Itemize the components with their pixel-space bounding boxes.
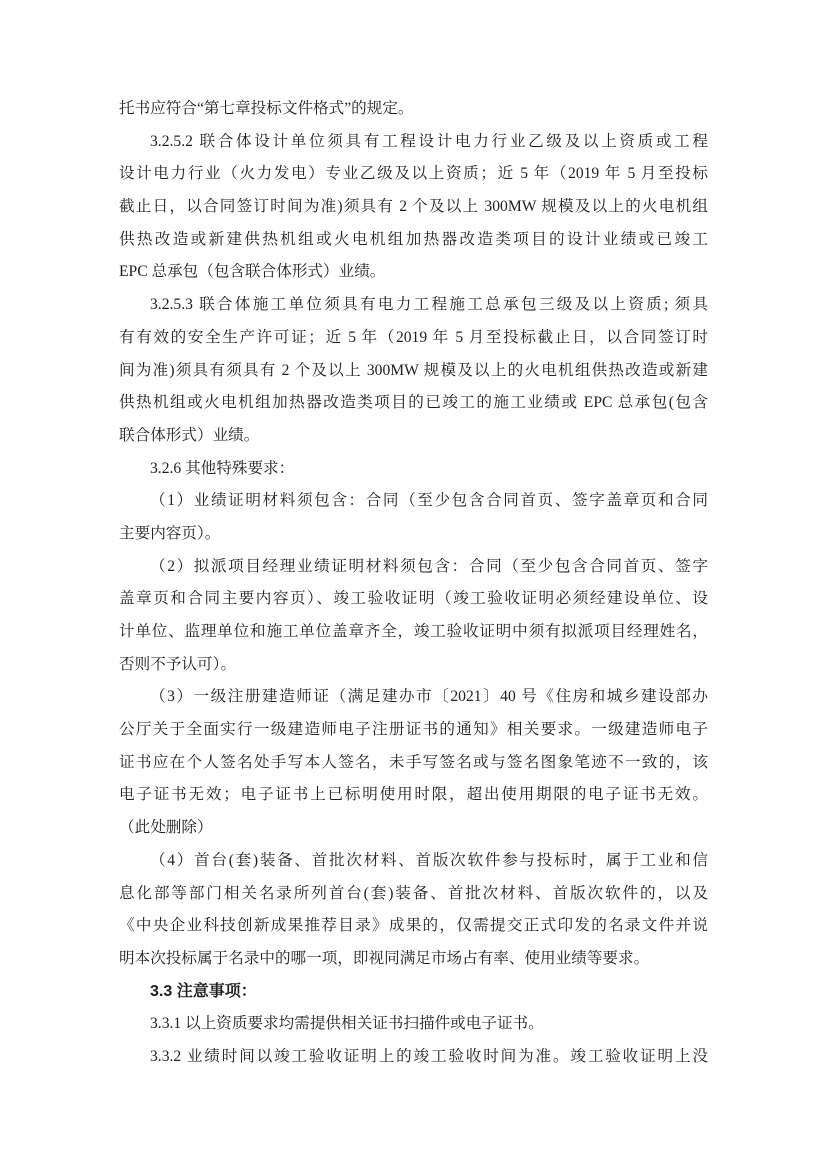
item-4-start: （4）首台(套)装备、首批次材料、首版次软件参与投标时，属于工业和信	[119, 845, 708, 878]
item-2-start: （2）拟派项目经理业绩证明材料须包含：合同（至少包含合同首页、签字	[119, 551, 708, 584]
doc-line: 主要内容页）。	[119, 518, 708, 551]
doc-line: 间为准)须具有须具有 2 个及以上 300MW 规模及以上的火电机组供热改造或新…	[119, 355, 708, 388]
doc-line: 联合体形式）业绩。	[119, 420, 708, 453]
doc-line: 托书应符合“第七章投标文件格式”的规定。	[119, 93, 708, 126]
section-3-3-heading: 3.3 注意事项：	[119, 976, 708, 1009]
clause-3-3-1: 3.3.1 以上资质要求均需提供相关证书扫描件或电子证书。	[119, 1008, 708, 1041]
document-body: 托书应符合“第七章投标文件格式”的规定。 3.2.5.2 联合体设计单位须具有工…	[119, 93, 708, 1074]
doc-line: 供热改造或新建供热机组或火电机组加热器改造类项目的设计业绩或已竣工	[119, 224, 708, 257]
doc-line: 电子证书无效；电子证书上已标明使用时限，超出使用期限的电子证书无效。	[119, 779, 708, 812]
doc-line: EPC 总承包（包含联合体形式）业绩。	[119, 256, 708, 289]
clause-3-2-6-heading: 3.2.6 其他特殊要求：	[119, 453, 708, 486]
doc-line: 盖章页和合同主要内容页）、竣工验收证明（竣工验收证明必须经建设单位、设	[119, 583, 708, 616]
doc-line: 有有效的安全生产许可证；近 5 年（2019 年 5 月至投标截止日，以合同签订…	[119, 322, 708, 355]
document-page: 托书应符合“第七章投标文件格式”的规定。 3.2.5.2 联合体设计单位须具有工…	[0, 0, 827, 1169]
doc-line: 计单位、监理单位和施工单位盖章齐全，竣工验收证明中须有拟派项目经理姓名，	[119, 616, 708, 649]
clause-3-3-2-start: 3.3.2 业绩时间以竣工验收证明上的竣工验收时间为准。竣工验收证明上没	[119, 1041, 708, 1074]
doc-line: 供热机组或火电机组加热器改造类项目的已竣工的施工业绩或 EPC 总承包(包含	[119, 387, 708, 420]
doc-line: 明本次投标属于名录中的哪一项，即视同满足市场占有率、使用业绩等要求。	[119, 943, 708, 976]
doc-line: 截止日，以合同签订时间为准)须具有 2 个及以上 300MW 规模及以上的火电机…	[119, 191, 708, 224]
doc-line: 《中央企业科技创新成果推荐目录》成果的，仅需提交正式印发的名录文件并说	[119, 910, 708, 943]
doc-line: 设计电力行业（火力发电）专业乙级及以上资质；近 5 年（2019 年 5 月至投…	[119, 158, 708, 191]
item-1-start: （1）业绩证明材料须包含：合同（至少包含合同首页、签字盖章页和合同	[119, 485, 708, 518]
doc-line: 息化部等部门相关名录所列首台(套)装备、首批次材料、首版次软件的，以及	[119, 878, 708, 911]
doc-line: 公厅关于全面实行一级建造师电子注册证书的通知》相关要求。一级建造师电子	[119, 714, 708, 747]
clause-3-2-5-3-start: 3.2.5.3 联合体施工单位须具有电力工程施工总承包三级及以上资质; 须具	[119, 289, 708, 322]
clause-3-2-5-2-start: 3.2.5.2 联合体设计单位须具有工程设计电力行业乙级及以上资质或工程	[119, 126, 708, 159]
doc-line: 否则不予认可）。	[119, 649, 708, 682]
item-3-start: （3）一级注册建造师证（满足建办市〔2021〕40 号《住房和城乡建设部办	[119, 681, 708, 714]
doc-line: 证书应在个人签名处手写本人签名，未手写签名或与签名图象笔迹不一致的，该	[119, 747, 708, 780]
deleted-note-line: （此处删除）	[119, 812, 708, 845]
